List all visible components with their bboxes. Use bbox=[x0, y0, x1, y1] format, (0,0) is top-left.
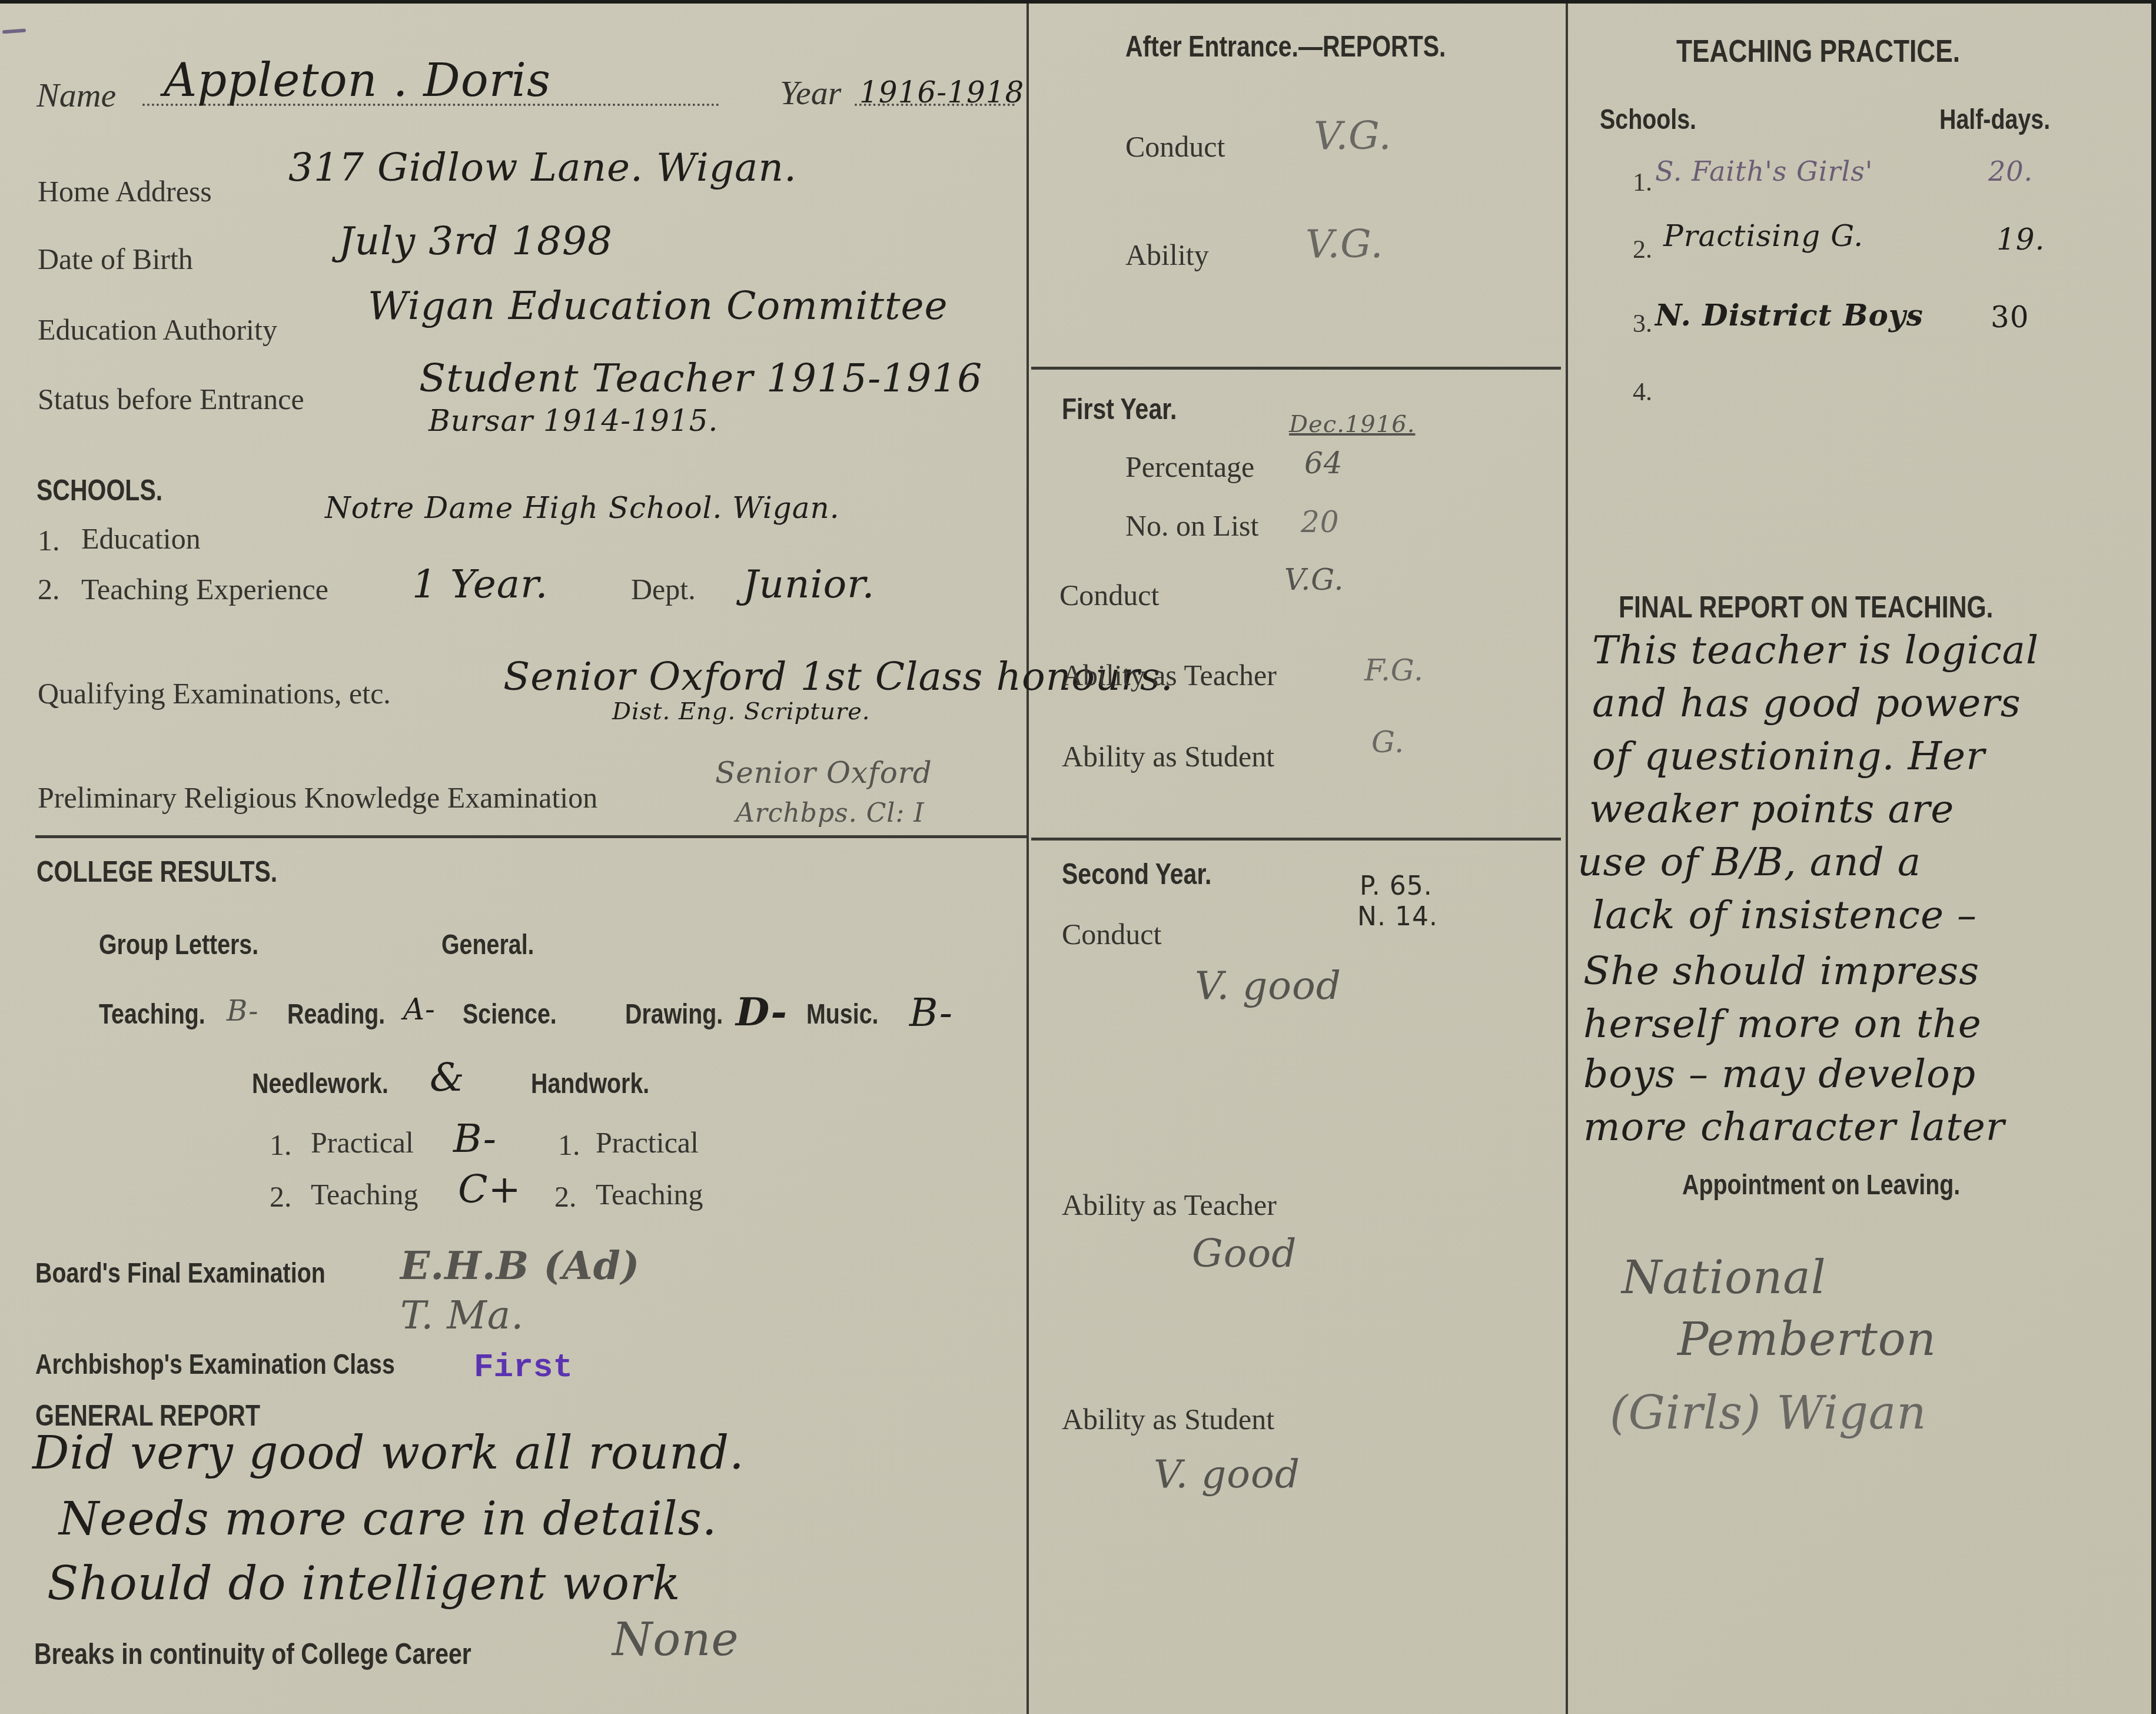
sy-student-label: Ability as Student bbox=[1062, 1402, 1274, 1436]
experience-label: Teaching Experience bbox=[81, 572, 328, 606]
experience-value: 1 Year. bbox=[412, 562, 549, 607]
college-results-heading: COLLEGE RESULTS. bbox=[36, 855, 277, 889]
first-year-date-note: Dec.1916. bbox=[1289, 411, 1415, 438]
final-report-line-8: herself more on the bbox=[1583, 1001, 1982, 1047]
needlework-practical-label: Practical bbox=[311, 1125, 414, 1160]
home-address-value: 317 Gidlow Lane. Wigan. bbox=[288, 145, 797, 190]
fy-student-label: Ability as Student bbox=[1062, 739, 1274, 773]
ae-ability-value: V.G. bbox=[1305, 221, 1383, 267]
column-divider-right bbox=[1566, 4, 1568, 1714]
breaks-value: None bbox=[612, 1613, 739, 1666]
breaks-label: Breaks in continuity of College Career bbox=[34, 1637, 471, 1671]
dept-label: Dept. bbox=[631, 572, 696, 606]
subject-drawing-label: Drawing. bbox=[625, 998, 723, 1031]
practice-row-num: 1. bbox=[1633, 167, 1652, 197]
handwork-label: Handwork. bbox=[531, 1068, 649, 1100]
schools-heading: SCHOOLS. bbox=[36, 473, 162, 507]
sy-conduct-value: V. good bbox=[1195, 963, 1341, 1008]
subject-reading-label: Reading. bbox=[287, 998, 385, 1031]
final-report-line-6: lack of insistence – bbox=[1592, 892, 1977, 938]
practice-row-school: N. District Boys bbox=[1655, 298, 1924, 333]
religious-value-line1: Senior Oxford bbox=[715, 756, 932, 790]
needlework-teaching-num: 2. bbox=[270, 1180, 292, 1214]
sy-student-value: V. good bbox=[1154, 1451, 1300, 1497]
subject-teaching-grade: B- bbox=[227, 995, 258, 1028]
general-report-line-3: Should do intelligent work bbox=[47, 1557, 681, 1610]
practice-row-num: 4. bbox=[1633, 377, 1652, 407]
fy-student-value: G. bbox=[1371, 725, 1404, 759]
rule-after-entrance bbox=[1031, 367, 1561, 370]
practice-row-num: 3. bbox=[1633, 308, 1652, 338]
sy-conduct-label: Conduct bbox=[1062, 917, 1161, 951]
handwork-practical-num: 1. bbox=[558, 1128, 580, 1162]
education-num: 1. bbox=[38, 523, 60, 557]
teaching-practice-heading: TEACHING PRACTICE. bbox=[1676, 33, 1960, 69]
list-number-label: No. on List bbox=[1125, 509, 1258, 543]
status-value-line1: Student Teacher 1915-1916 bbox=[419, 356, 982, 401]
schools-column-label: Schools. bbox=[1600, 104, 1696, 136]
board-exam-label: Board's Final Examination bbox=[35, 1257, 325, 1290]
group-letters-label: Group Letters. bbox=[99, 929, 258, 961]
handwork-practical-label: Practical bbox=[596, 1125, 699, 1160]
final-report-line-1: This teacher is logical bbox=[1592, 627, 2039, 673]
fy-teacher-value: F.G. bbox=[1364, 653, 1424, 687]
practice-row-halfdays: 30 bbox=[1991, 300, 2029, 334]
general-report-line-1: Did very good work all round. bbox=[32, 1427, 745, 1480]
needlework-practical-grade: B- bbox=[453, 1116, 497, 1161]
needlework-teaching-label: Teaching bbox=[311, 1177, 418, 1211]
practice-row-school: Practising G. bbox=[1663, 219, 1863, 253]
practice-row-num: 2. bbox=[1633, 234, 1652, 264]
subject-drawing-grade: D- bbox=[736, 989, 788, 1035]
appointment-line-1: National bbox=[1622, 1251, 1826, 1304]
subject-teaching-label: Teaching. bbox=[99, 998, 205, 1031]
halfdays-column-label: Half-days. bbox=[1939, 104, 2050, 136]
second-year-heading: Second Year. bbox=[1062, 857, 1212, 891]
needlework-practical-num: 1. bbox=[270, 1128, 292, 1162]
rule-first-year bbox=[1031, 838, 1561, 841]
religious-value-line2: Archbps. Cl: I bbox=[736, 798, 925, 828]
appointment-line-3: (Girls) Wigan bbox=[1610, 1387, 1927, 1440]
final-report-line-9: boys – may develop bbox=[1583, 1051, 1976, 1097]
sy-teacher-value: Good bbox=[1192, 1231, 1297, 1276]
practice-row-halfdays: 20. bbox=[1988, 155, 2033, 187]
year-label: Year bbox=[780, 73, 841, 112]
subject-music-grade: B- bbox=[909, 990, 953, 1035]
fy-conduct-label: Conduct bbox=[1059, 578, 1159, 612]
needlework-teaching-grade: C+ bbox=[458, 1167, 521, 1212]
qualifying-label: Qualifying Examinations, etc. bbox=[38, 676, 391, 710]
religious-label: Preliminary Religious Knowledge Examinat… bbox=[38, 780, 597, 815]
board-exam-value-line2: T. Ma. bbox=[400, 1293, 524, 1338]
rule-college-results bbox=[35, 835, 1026, 838]
ae-conduct-label: Conduct bbox=[1125, 129, 1225, 164]
final-report-heading: FINAL REPORT ON TEACHING. bbox=[1619, 590, 1993, 625]
final-report-line-4: weaker points are bbox=[1589, 786, 1954, 832]
board-exam-value-line1: E.H.B (Ad) bbox=[400, 1243, 640, 1288]
final-report-line-3: of questioning. Her bbox=[1592, 733, 1985, 779]
ae-ability-label: Ability bbox=[1125, 238, 1209, 272]
final-report-line-2: and has good powers bbox=[1592, 680, 2021, 726]
archbishop-exam-value: First bbox=[474, 1348, 573, 1386]
experience-num: 2. bbox=[38, 572, 60, 606]
subject-reading-grade: A- bbox=[403, 992, 436, 1027]
after-entrance-heading: After Entrance.—REPORTS. bbox=[1125, 29, 1446, 64]
subject-science-label: Science. bbox=[463, 998, 557, 1031]
final-report-line-5: use of B/B, and a bbox=[1577, 839, 1921, 885]
ae-conduct-value: V.G. bbox=[1314, 113, 1391, 158]
list-number-value: 20 bbox=[1301, 505, 1340, 539]
education-authority-value: Wigan Education Committee bbox=[368, 283, 948, 328]
needlework-label: Needlework. bbox=[252, 1068, 388, 1100]
subject-music-label: Music. bbox=[806, 998, 878, 1031]
second-year-p-note: P. 65. bbox=[1360, 871, 1433, 901]
dob-label: Date of Birth bbox=[38, 242, 193, 276]
fy-conduct-value: V.G. bbox=[1284, 563, 1344, 597]
dob-value: July 3rd 1898 bbox=[338, 218, 613, 264]
archbishop-exam-label: Archbishop's Examination Class bbox=[35, 1348, 395, 1381]
sy-teacher-label: Ability as Teacher bbox=[1062, 1188, 1277, 1222]
name-value: Appleton . Doris bbox=[164, 54, 551, 107]
qualifying-value-line2: Dist. Eng. Scripture. bbox=[612, 698, 871, 725]
handwork-teaching-num: 2. bbox=[554, 1180, 577, 1214]
general-report-line-2: Needs more care in details. bbox=[59, 1493, 717, 1546]
status-label: Status before Entrance bbox=[38, 382, 304, 416]
practice-row-halfdays: 19. bbox=[1996, 222, 2045, 257]
name-label: Name bbox=[36, 75, 116, 115]
education-label: Education bbox=[81, 521, 201, 556]
year-value: 1916-1918 bbox=[859, 75, 1024, 109]
percentage-value: 64 bbox=[1304, 446, 1343, 480]
status-value-line2: Bursar 1914-1915. bbox=[428, 404, 718, 438]
needlework-grade: & bbox=[430, 1055, 465, 1100]
final-report-line-10: more character later bbox=[1583, 1104, 2005, 1150]
appointment-heading: Appointment on Leaving. bbox=[1682, 1169, 1960, 1201]
practice-row-school: S. Faith's Girls' bbox=[1655, 155, 1873, 187]
first-year-heading: First Year. bbox=[1062, 392, 1177, 426]
education-authority-label: Education Authority bbox=[38, 313, 277, 347]
percentage-label: Percentage bbox=[1125, 450, 1254, 484]
handwork-teaching-label: Teaching bbox=[596, 1177, 703, 1211]
appointment-line-2: Pemberton bbox=[1677, 1313, 1936, 1366]
home-address-label: Home Address bbox=[38, 174, 212, 208]
margin-mark bbox=[2, 29, 26, 34]
final-report-line-7: She should impress bbox=[1583, 948, 1979, 994]
dept-value: Junior. bbox=[743, 562, 875, 607]
general-label: General. bbox=[441, 929, 534, 961]
record-card: Name Appleton . Doris Year 1916-1918 Hom… bbox=[0, 4, 2151, 1714]
second-year-n-note: N. 14. bbox=[1357, 902, 1438, 932]
column-divider-left bbox=[1026, 4, 1029, 1714]
education-value: Notre Dame High School. Wigan. bbox=[325, 491, 840, 525]
fy-teacher-label: Ability as Teacher bbox=[1062, 658, 1277, 692]
